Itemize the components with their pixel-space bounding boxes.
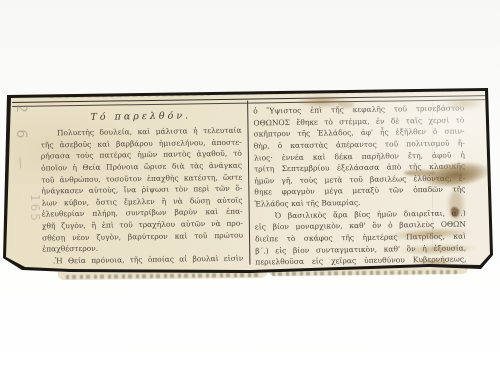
text-line: λων κύβον, ὅστις ἔμελλεν ἢ νὰ δώσῃ αὐτοῖ… [41, 195, 242, 210]
text-line: τοῦ ἀνθρώπου, τοσοῦτον ἐπαχθὴς κατέστη, … [41, 171, 242, 186]
stain [443, 96, 485, 111]
text-line: β΄.) εἰς βίον συνταγματικὸν, καθ' ὃν ἡ ἐ… [255, 242, 466, 257]
text-line: Πολυετὴς δουλεία, καὶ μάλιστα ἡ τελευταί… [40, 125, 241, 140]
stain [397, 243, 477, 257]
stain [451, 207, 459, 217]
text-line: τρίτη Σεπτεμβρίου ἐξελάσασα ἀπὸ τῆς κλασ… [254, 161, 465, 176]
stain [420, 158, 493, 191]
pencil-mark: — [14, 157, 29, 170]
article-title: Τό παρελθόν. [40, 108, 241, 128]
stain [296, 95, 348, 108]
text-line: Ἑλλάδος καὶ τῆς Βαυαρίας. [254, 196, 465, 211]
text-line: ἐπαχθέστερον. [42, 241, 243, 256]
text-line: ἡμῶν γῆ, τοὺς μετὰ τοῦ βασιλέως ἐλθόντας… [254, 172, 465, 187]
right-column: ὁ Ὕψιστος ἐπὶ τῆς κεφαλῆς τοῦ τρισεβάστο… [253, 103, 466, 269]
column-divider-rule [247, 101, 251, 265]
text-line: σθέσῃ νέον ζυγὸν, βαρύτερον καὶ τοῦ πρώτ… [42, 229, 243, 244]
text-line: θὴρ, ὁ καταστὰς ἀπέραντος τοῦ πολιτισμοῦ… [254, 137, 465, 152]
left-column: Τό παρελθόν. Πολυετὴς δουλεία, καὶ μάλισ… [40, 108, 243, 268]
text-line: ρήσασα τοὺς πατέρας ἡμῶν παντὸς ἀγαθοῦ, … [41, 148, 242, 163]
stain [404, 170, 436, 176]
stain [338, 101, 354, 108]
newspaper-clipping: Τό παρελθόν. Πολυετὴς δουλεία, καὶ μάλισ… [0, 0, 500, 374]
pencil-mark: 2 6 [13, 104, 29, 144]
text-line: ἠνάγκασεν αὐτοὺς, ἵνα ῥίψωσι τὸν περὶ τῶ… [41, 183, 242, 198]
text-line: ὁ Ὕψιστος ἐπὶ τῆς κεφαλῆς τοῦ τρισεβάστο… [253, 103, 464, 118]
text-line: χθῆ ζυγὸν, ἢ ἐπὶ τοῦ τραχήλου αὐτῶν νὰ π… [42, 218, 243, 233]
text-line: λιος· ἐννέα καὶ δέκα παρῆλθον ἔτη, ἀφοῦ … [254, 149, 465, 164]
text-line: ἐλευθερίαν πλήρη, συντρίβων βαρὺν καὶ ἐπ… [42, 206, 243, 221]
paper-crease [432, 100, 433, 250]
text-line: Ὁ βασιλικὸς ἄρα βίος ἡμῶν διαιρεῖται, α΄… [255, 207, 466, 222]
paragraph: .Ἡ Θεία πρόνοια, τῆς ὁποίας αἱ βουλαὶ εἰ… [42, 253, 243, 268]
text-line: .Ἡ Θεία πρόνοια, τῆς ὁποίας αἱ βουλαὶ εἰ… [42, 253, 243, 268]
pencil-mark: 165 [28, 194, 42, 223]
text-line: θηκε φραγμὸν μέγα μεταξὺ τῶν ὀπαδῶν τῆς [254, 184, 465, 199]
text-line: σκῆπτρον τῆς Ἑλλάδος, ἀφ' ἧς ἐξῆλθεν ὁ σ… [253, 126, 464, 141]
scanned-clipping-photo: Τό παρελθόν. Πολυετὴς δουλεία, καὶ μάλισ… [0, 0, 500, 374]
typeset-area: Τό παρελθόν. Πολυετὴς δουλεία, καὶ μάλισ… [10, 89, 490, 274]
paragraph: Ὁ βασιλικὸς ἄρα βίος ἡμῶν διαιρεῖται, α΄… [255, 207, 467, 268]
paragraph: Πολυετὴς δουλεία, καὶ μάλιστα ἡ τελευταί… [40, 125, 243, 256]
stain [386, 226, 475, 243]
text-line: διεῖπε τὸ σκάφος τῆς ἡμετέρας Πατρίδος, … [255, 231, 466, 246]
text-line: εἰς βίον μοναρχικὸν, καθ' ὃν ὁ βασιλεὺς … [255, 219, 466, 234]
text-line: ΟΘΩΝΟΣ ἔθηκε τὸ στέμμα, ἐν δὲ ταῖς χερσὶ… [253, 114, 464, 129]
text-line: ὁποῖον ἡ Θεία Πρόνοια ὥρισε διὰ τὰς ἀνάγ… [41, 160, 242, 175]
paragraph: ὁ Ὕψιστος ἐπὶ τῆς κεφαλῆς τοῦ τρισεβάστο… [253, 103, 465, 211]
stain [449, 190, 463, 220]
text-line: τῆς ἀσεβοῦς καὶ βαρβάρου ἡμισελήνου, ἀπο… [41, 136, 242, 151]
